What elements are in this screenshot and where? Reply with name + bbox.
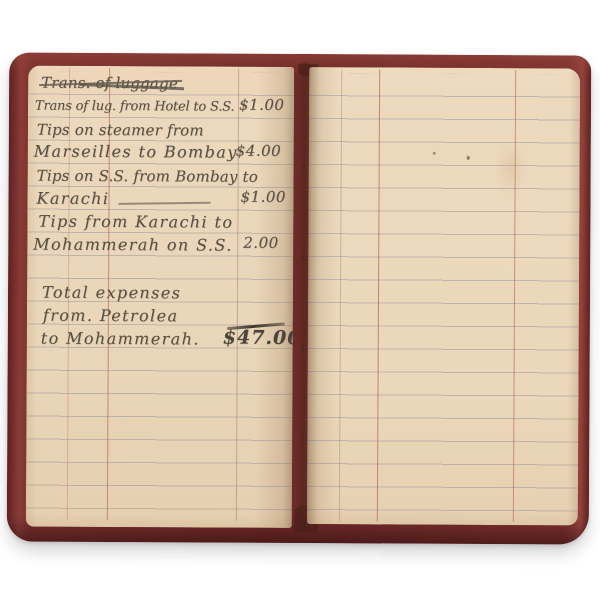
- ledger-entry: Tips from Karachi to: [38, 212, 233, 233]
- ledger-amount: $1.00: [240, 187, 286, 207]
- stitch-mark: [302, 344, 304, 351]
- total-label-line1: Total expenses: [42, 283, 181, 304]
- ledger-entry: Tips on steamer from: [37, 120, 204, 141]
- ledger-entry: Karachi: [36, 189, 109, 209]
- ledger-entry: Mohammerah on S.S.: [33, 235, 233, 256]
- total-amount: $47.00: [223, 328, 294, 348]
- paper-smudge: [494, 140, 528, 196]
- ledger-amount: 2.00: [243, 233, 279, 253]
- ledger-amount: $1.00: [239, 95, 285, 115]
- stitch-mark: [301, 434, 303, 441]
- ledger-amount: $4.00: [236, 141, 282, 161]
- stitch-mark: [303, 164, 305, 171]
- ledger-entry: Trans of lug. from Hotel to S.S.: [35, 97, 234, 118]
- paper-speck: [433, 152, 436, 155]
- right-page: [307, 67, 580, 525]
- paper-speck: [467, 156, 470, 160]
- scanned-notebook-image: { "document_type": "handwritten expense …: [0, 0, 600, 600]
- ledger-entry: Tips on S.S. from Bombay to: [37, 166, 258, 187]
- strikethrough-text: Trans. of luggage: [41, 73, 178, 94]
- ruled-lines-right: [307, 73, 580, 512]
- ledger-entry-struck: Trans. of luggage: [41, 73, 178, 94]
- total-label-line3: to Mohammerah.: [41, 329, 200, 350]
- stitch-mark: [302, 254, 304, 261]
- ledger-entry: Marseilles to Bombay: [34, 142, 238, 163]
- left-page: Trans. of luggage Trans of lug. from Hot…: [26, 66, 294, 528]
- total-label-line2: from. Petrolea: [43, 306, 179, 327]
- gutter-shadow: [286, 62, 322, 532]
- notebook-cover: Trans. of luggage Trans of lug. from Hot…: [7, 52, 592, 544]
